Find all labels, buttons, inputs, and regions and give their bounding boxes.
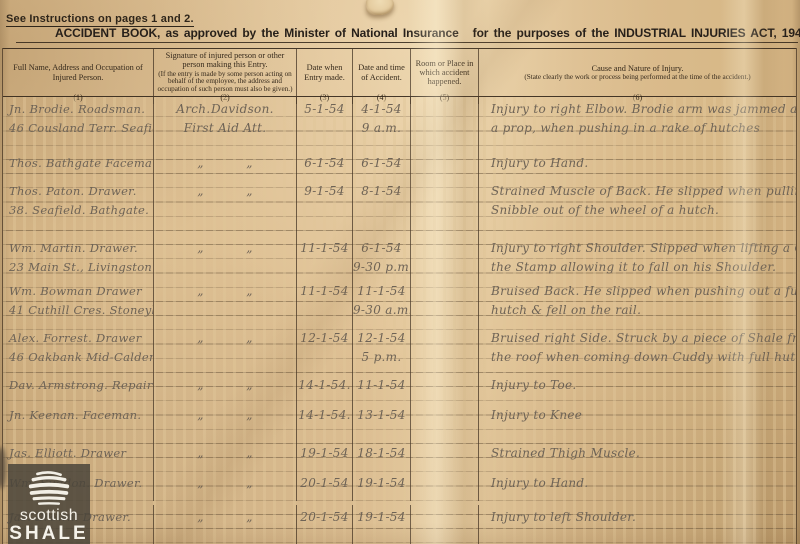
cell-injury: Injury to Toe.	[479, 373, 796, 403]
cell-place	[411, 236, 479, 279]
cell-name-address: Wm. Martin. Drawer. 23 Main St., Livings…	[3, 236, 154, 279]
column-header-accident-date: Date and time of Accident. (4)	[353, 49, 411, 104]
cell-injury: Injury to Hand.	[479, 151, 796, 179]
signature-mark-left: „	[197, 376, 204, 395]
globe-icon	[23, 469, 75, 507]
table-row: Jn. Brodie. Roadsman. 46 Cousland Terr. …	[3, 97, 796, 151]
column-note: (State clearly the work or process being…	[524, 74, 750, 82]
signature-mark-left: „	[197, 474, 204, 493]
cell-name-address: Dav. Armstrong. Repairer	[3, 373, 154, 403]
cell-entry-date: 14-1-54.	[297, 373, 353, 403]
cell-injury: Injury to Knee	[479, 403, 796, 441]
handwritten-accident-date: 19-1-54	[353, 508, 410, 527]
signature-mark-right: „	[246, 282, 253, 301]
table-row: Wm. Suddon. Drawer. „ „ 20-1-54 19-1-54	[3, 471, 796, 501]
cell-name-address: Jn. Brodie. Roadsman. 46 Cousland Terr. …	[3, 97, 154, 151]
handwritten-accident-date: 18-1-54	[353, 444, 410, 463]
handwritten-accident-date: 11-1-54	[353, 282, 410, 301]
cell-injury: Injury to Hand.	[479, 471, 796, 501]
cell-name-address: Alex. Forrest. Drawer 46 Oakbank Mid-Cal…	[3, 326, 154, 373]
table-row: Thos. Paton. Drawer. 38. Seafield. Bathg…	[3, 179, 796, 236]
signature-mark-left: „	[197, 508, 204, 527]
handwritten-name: Dav. Armstrong. Repairer	[3, 376, 153, 395]
handwritten-entry-date: 9-1-54	[297, 182, 352, 201]
handwritten-entry-date: 12-1-54	[297, 329, 352, 348]
cell-name-address: Jn. Keenan. Faceman.	[3, 403, 154, 441]
table-row: Jn. Keenan. Faceman. „ „ 14-1-54. 13-1-5…	[3, 403, 796, 441]
cell-place	[411, 151, 479, 179]
page-title-right: for the purposes of the INDUSTRIAL INJUR…	[473, 26, 800, 40]
cell-entry-date: 20-1-54	[297, 505, 353, 544]
cell-accident-date: 6-1-54 9-30 p.m.	[353, 236, 411, 279]
watermark-text-shale: SHALE	[9, 524, 88, 543]
cell-name-address: Thos. Paton. Drawer. 38. Seafield. Bathg…	[3, 179, 154, 236]
handwritten-entry-date: 11-1-54	[297, 282, 352, 301]
handwritten-accident-time: 9-30 p.m.	[353, 258, 410, 277]
cell-signature: „ „	[154, 505, 297, 544]
handwritten-injury-line2: a prop, when pushing in a rake of hutche…	[479, 119, 796, 138]
cell-injury: Bruised right Side. Struck by a piece of…	[479, 326, 796, 373]
handwritten-entry-date: 20-1-54	[297, 508, 352, 527]
cell-name-address: Thos. Bathgate Faceman.	[3, 151, 154, 179]
cell-injury: Injury to left Shoulder.	[479, 505, 796, 544]
cell-signature: „ „	[154, 236, 297, 279]
cell-accident-date: 6-1-54	[353, 151, 411, 179]
cell-place	[411, 471, 479, 501]
cell-name-address: Wm. Bowman Drawer 41 Cuthill Cres. Stone…	[3, 279, 154, 326]
signature-mark-right: „	[246, 376, 253, 395]
handwritten-accident-date: 6-1-54	[353, 154, 410, 173]
cell-injury: Strained Thigh Muscle.	[479, 441, 796, 471]
handwritten-entry-date: 6-1-54	[297, 154, 352, 173]
cell-signature: „ „	[154, 179, 297, 236]
cell-place	[411, 97, 479, 151]
column-header-injury: Cause and Nature of Injury. (State clear…	[479, 49, 796, 104]
handwritten-address: 41 Cuthill Cres. Stoneyburn.	[3, 301, 153, 320]
signature-role: First Aid Att.	[154, 119, 296, 138]
handwritten-accident-date: 6-1-54	[353, 239, 410, 258]
table-row: Dav. Armstrong. Repairer „ „ 14-1-54. 11…	[3, 373, 796, 403]
cell-place	[411, 441, 479, 471]
cell-place	[411, 326, 479, 373]
page-title-left: ACCIDENT BOOK, as approved by the Minist…	[55, 26, 459, 40]
cell-entry-date: 6-1-54	[297, 151, 353, 179]
cell-place	[411, 505, 479, 544]
cell-place	[411, 403, 479, 441]
cell-accident-date: 11-1-54 9-30 a.m.	[353, 279, 411, 326]
handwritten-injury-line1: Injury to Knee	[479, 406, 796, 425]
handwritten-injury-line1: Injury to Hand.	[479, 154, 796, 173]
table-row: Thos. Bathgate Faceman. „ „ 6-1-54 6-1-5…	[3, 151, 796, 179]
table-row: Jas. Brown. Drawer. „ „ 20-1-54 19-1-54	[3, 501, 796, 544]
handwritten-name: Thos. Bathgate Faceman.	[3, 154, 153, 173]
column-header-entry-date: Date when Entry made. (3)	[297, 49, 353, 104]
signature-mark-left: „	[197, 329, 204, 348]
instructions-note: See Instructions on pages 1 and 2.	[6, 13, 194, 27]
cell-signature: Arch. Davidson. First Aid Att.	[154, 97, 297, 151]
column-header-signature: Signature of injured person or other per…	[154, 49, 297, 104]
cell-place	[411, 179, 479, 236]
cell-accident-date: 13-1-54	[353, 403, 411, 441]
cell-signature: „ „	[154, 403, 297, 441]
column-label: Signature of injured person or other per…	[157, 51, 293, 70]
handwritten-address: 23 Main St., Livingston Stn.	[3, 258, 153, 277]
handwritten-injury-line1: Injury to right Elbow. Brodie arm was ja…	[479, 100, 796, 119]
signature-mark-right: „	[246, 444, 253, 463]
table-row: Alex. Forrest. Drawer 46 Oakbank Mid-Cal…	[3, 326, 796, 373]
signature-mark-left: „	[197, 239, 204, 258]
column-label: Date and time of Accident.	[356, 63, 407, 82]
handwritten-accident-date: 12-1-54	[353, 329, 410, 348]
handwritten-injury-line2: hutch & fell on the rail.	[479, 301, 796, 320]
accident-book-scan: See Instructions on pages 1 and 2. ACCID…	[0, 0, 800, 544]
cell-place	[411, 279, 479, 326]
scottish-shale-watermark: scottish SHALE	[8, 464, 90, 544]
handwritten-address: 46 Cousland Terr. Seafield.	[3, 119, 153, 138]
handwritten-address: 38. Seafield. Bathgate.	[3, 201, 153, 220]
handwritten-entry-date: 5-1-54	[297, 100, 352, 119]
cell-entry-date: 9-1-54	[297, 179, 353, 236]
handwritten-injury-line2: Snibble out of the wheel of a hutch.	[479, 201, 796, 220]
signature-mark-right: „	[246, 154, 253, 173]
cell-signature: „ „	[154, 373, 297, 403]
cell-injury: Bruised Back. He slipped when pushing ou…	[479, 279, 796, 326]
handwritten-name: Jn. Brodie. Roadsman.	[3, 100, 153, 119]
column-header-name: Full Name, Address and Occupation of Inj…	[3, 49, 154, 104]
cell-accident-date: 4-1-54 9 a.m.	[353, 97, 411, 151]
table-row: Wm. Bowman Drawer 41 Cuthill Cres. Stone…	[3, 279, 796, 326]
handwritten-injury-line1: Bruised Back. He slipped when pushing ou…	[479, 282, 796, 301]
cell-entry-date: 5-1-54	[297, 97, 353, 151]
cell-signature: „ „	[154, 326, 297, 373]
column-note: (If the entry is made by some person act…	[157, 71, 293, 95]
column-label: Full Name, Address and Occupation of Inj…	[6, 63, 150, 82]
signature-mark-right: „	[246, 508, 253, 527]
handwritten-name: Alex. Forrest. Drawer	[3, 329, 153, 348]
cell-accident-date: 11-1-54	[353, 373, 411, 403]
cell-signature: „ „	[154, 279, 297, 326]
handwritten-entry-date: 14-1-54.	[297, 406, 352, 425]
handwritten-entry-date: 20-1-54	[297, 474, 352, 493]
handwritten-accident-date: 13-1-54	[353, 406, 410, 425]
signature-mark-left: „	[197, 444, 204, 463]
cell-signature: „ „	[154, 471, 297, 501]
table-row: Wm. Martin. Drawer. 23 Main St., Livings…	[3, 236, 796, 279]
watermark-text-scottish: scottish	[20, 508, 78, 524]
handwritten-injury-line1: Injury to right Shoulder. Slipped when l…	[479, 239, 796, 258]
handwritten-accident-date: 19-1-54	[353, 474, 410, 493]
cell-entry-date: 19-1-54	[297, 441, 353, 471]
signature-mark-left: Arch.	[176, 100, 210, 119]
column-label: Cause and Nature of Injury.	[524, 64, 750, 73]
title-rule	[16, 42, 798, 43]
handwritten-name: Thos. Paton. Drawer.	[3, 182, 153, 201]
cell-signature: „ „	[154, 151, 297, 179]
signature-mark-left: „	[197, 154, 204, 173]
cell-accident-date: 8-1-54	[353, 179, 411, 236]
handwritten-address: 46 Oakbank Mid-Calder	[3, 348, 153, 367]
column-header-place: Room or Place in which accident happened…	[411, 49, 479, 104]
cell-entry-date: 20-1-54	[297, 471, 353, 501]
cell-entry-date: 12-1-54	[297, 326, 353, 373]
handwritten-entry-date: 19-1-54	[297, 444, 352, 463]
handwritten-accident-date: 4-1-54	[353, 100, 410, 119]
page-title: ACCIDENT BOOK, as approved by the Minist…	[55, 26, 800, 40]
handwritten-name: Wm. Bowman Drawer	[3, 282, 153, 301]
handwritten-name: Jas. Elliott. Drawer	[3, 444, 153, 463]
signature-mark-right: „	[246, 406, 253, 425]
handwritten-injury-line2: the roof when coming down Cuddy with ful…	[479, 348, 796, 367]
handwritten-injury-line1: Strained Muscle of Back. He slipped when…	[479, 182, 796, 201]
cell-entry-date: 11-1-54	[297, 279, 353, 326]
handwritten-accident-date: 11-1-54	[353, 376, 410, 395]
handwritten-injury-line1: Injury to Hand.	[479, 474, 796, 493]
cell-accident-date: 19-1-54	[353, 505, 411, 544]
cell-entry-date: 14-1-54.	[297, 403, 353, 441]
handwritten-injury-line2: the Stamp allowing it to fall on his Sho…	[479, 258, 796, 277]
handwritten-accident-time: 9-30 a.m.	[353, 301, 410, 320]
cell-accident-date: 18-1-54	[353, 441, 411, 471]
cell-signature: „ „	[154, 441, 297, 471]
paper-hole	[366, 0, 394, 15]
cell-injury: Injury to right Shoulder. Slipped when l…	[479, 236, 796, 279]
accident-table: Full Name, Address and Occupation of Inj…	[2, 48, 797, 544]
cell-entry-date: 11-1-54	[297, 236, 353, 279]
signature-mark-right: „	[246, 182, 253, 201]
signature-mark-right: „	[246, 329, 253, 348]
handwritten-entry-date: 11-1-54	[297, 239, 352, 258]
handwritten-accident-date: 8-1-54	[353, 182, 410, 201]
handwritten-name: Jn. Keenan. Faceman.	[3, 406, 153, 425]
cell-accident-date: 19-1-54	[353, 471, 411, 501]
handwritten-injury-line1: Bruised right Side. Struck by a piece of…	[479, 329, 796, 348]
table-body: Jn. Brodie. Roadsman. 46 Cousland Terr. …	[3, 97, 796, 544]
column-label: Room or Place in which accident happened…	[414, 59, 475, 87]
signature-mark-left: „	[197, 282, 204, 301]
signature-mark-left: „	[197, 182, 204, 201]
handwritten-injury-line1: Injury to left Shoulder.	[479, 508, 796, 527]
handwritten-entry-date: 14-1-54.	[297, 376, 352, 395]
cell-injury: Injury to right Elbow. Brodie arm was ja…	[479, 97, 796, 151]
signature-mark-right: „	[246, 239, 253, 258]
column-label: Date when Entry made.	[300, 63, 349, 82]
cell-injury: Strained Muscle of Back. He slipped when…	[479, 179, 796, 236]
handwritten-injury-line1: Strained Thigh Muscle.	[479, 444, 796, 463]
handwritten-name: Wm. Martin. Drawer.	[3, 239, 153, 258]
signature-mark-right: Davidson.	[211, 100, 274, 119]
signature-mark-left: „	[197, 406, 204, 425]
handwritten-accident-time: 5 p.m.	[353, 348, 410, 367]
table-header: Full Name, Address and Occupation of Inj…	[3, 48, 796, 97]
handwritten-accident-time: 9 a.m.	[353, 119, 410, 138]
cell-place	[411, 373, 479, 403]
table-row: Jas. Elliott. Drawer „ „ 19-1-54 18-1-54	[3, 441, 796, 471]
cell-accident-date: 12-1-54 5 p.m.	[353, 326, 411, 373]
handwritten-injury-line1: Injury to Toe.	[479, 376, 796, 395]
signature-mark-right: „	[246, 474, 253, 493]
